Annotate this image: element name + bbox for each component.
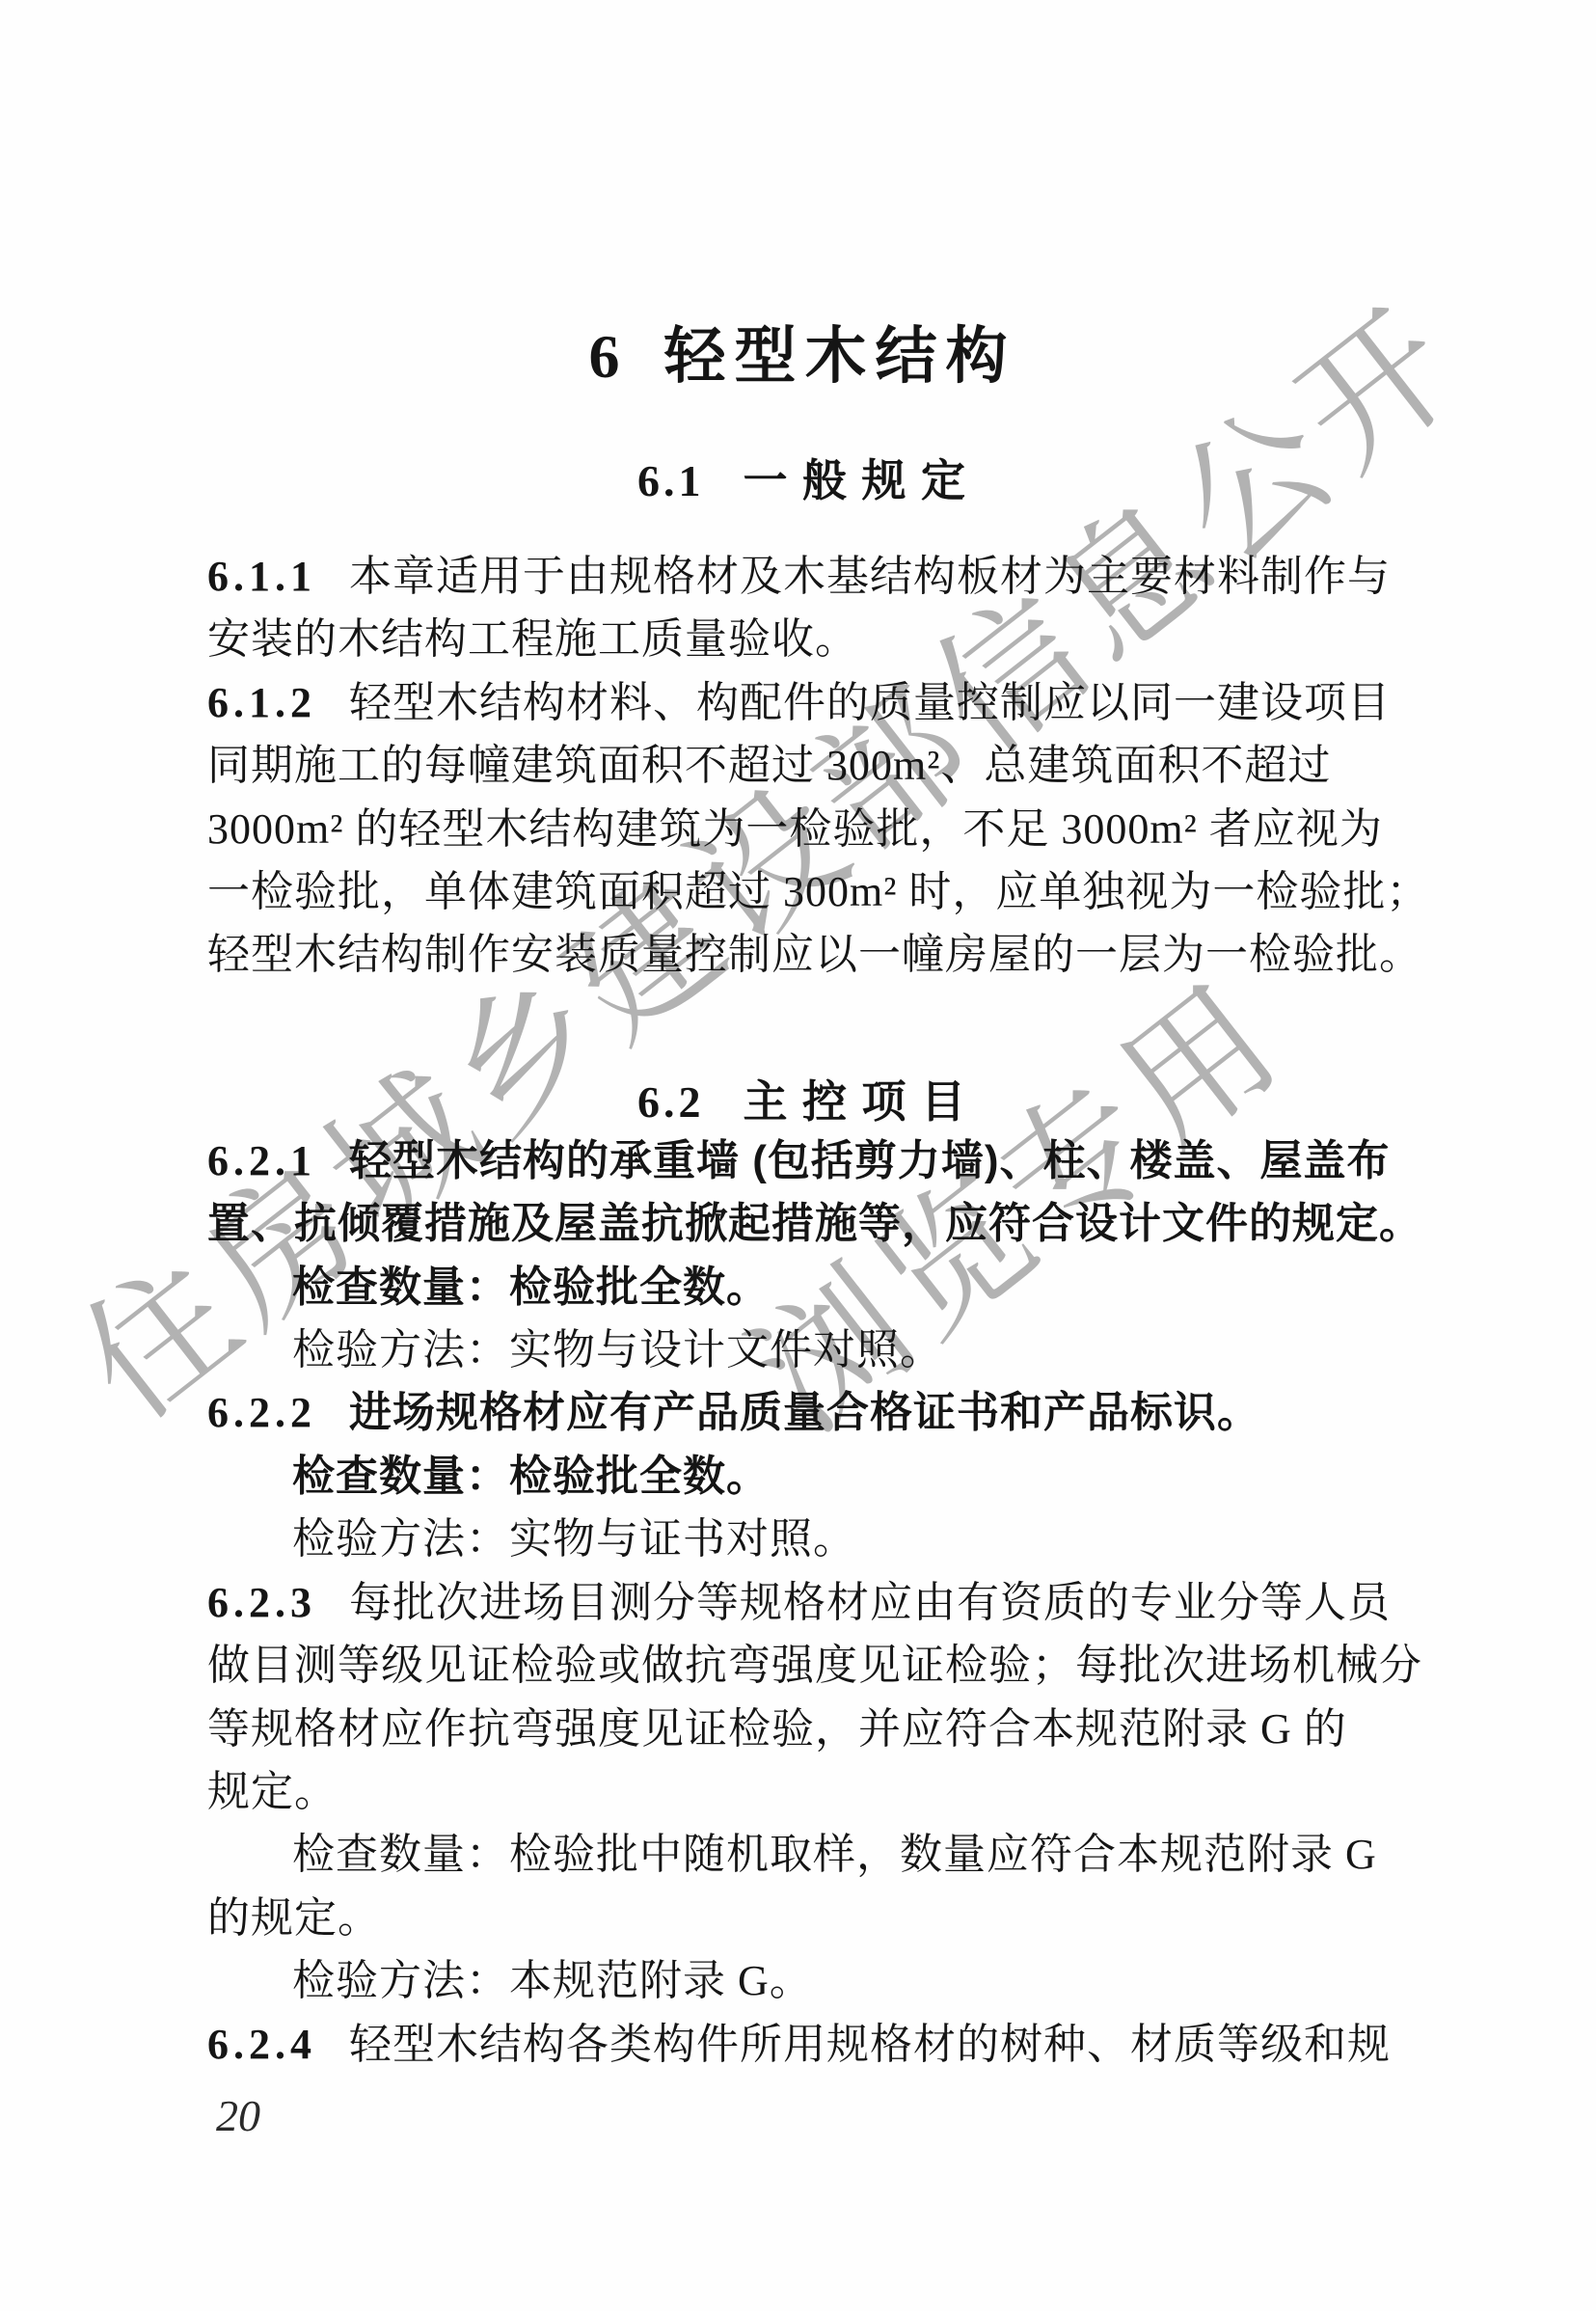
para-text: 规定。 [207, 1768, 338, 1815]
check-quantity-text: 检查数量：检验批全数。 [292, 1264, 770, 1311]
clause-number-6.1.2: 6.1.2 [207, 679, 316, 726]
para-text: 进场规格材应有产品质量合格证书和产品标识。 [349, 1389, 1260, 1436]
document-page: 住房城乡建设部信息公开 浏览专用 6轻型木结构 6.1一 般 规 定 6.1.1… [0, 0, 1596, 2311]
para-6.2.1-check-method: 检验方法：实物与设计文件对照。 [207, 1319, 1463, 1381]
section-number: 6.1 [637, 456, 705, 505]
para-6.2.2-line-1: 6.2.2进场规格材应有产品质量合格证书和产品标识。 [207, 1381, 1463, 1444]
check-method-text: 检验方法：实物与证书对照。 [292, 1515, 856, 1563]
page-number: 20 [216, 2089, 260, 2143]
para-6.2.2-check-quantity: 检查数量：检验批全数。 [207, 1445, 1463, 1508]
section-6.1-body: 6.1.1本章适用于由规格材及木基结构板材为主要材料制作与 安装的木结构工程施工… [207, 545, 1463, 987]
para-6.2.4-line-1: 6.2.4轻型木结构各类构件所用规格材的树种、材质等级和规 [207, 2013, 1463, 2076]
para-6.2.3-check-method: 检验方法：本规范附录 G。 [207, 1949, 1463, 2012]
para-text: 轻型木结构各类构件所用规格材的树种、材质等级和规 [349, 2021, 1391, 2068]
para-6.2.3-check-quantity-line-2: 的规定。 [207, 1887, 1463, 1949]
para-text: 3000m² 的轻型木结构建筑为一检验批，不足 3000m² 者应视为 [207, 805, 1383, 853]
para-6.1.2-line-3: 3000m² 的轻型木结构建筑为一检验批，不足 3000m² 者应视为 [207, 798, 1463, 860]
para-text: 轻型木结构制作安装质量控制应以一幢房屋的一层为一检验批。 [207, 931, 1422, 978]
para-6.2.3-line-4: 规定。 [207, 1760, 1463, 1823]
para-6.1.2-line-1: 6.1.2轻型木结构材料、构配件的质量控制应以同一建设项目 [207, 671, 1463, 734]
section-number: 6.2 [637, 1077, 705, 1127]
para-text: 做目测等级见证检验或做抗弯强度见证检验；每批次进场机械分 [207, 1642, 1422, 1689]
para-text: 一检验批，单体建筑面积超过 300m² 时，应单独视为一检验批； [207, 868, 1429, 915]
para-6.2.2-check-method: 检验方法：实物与证书对照。 [207, 1508, 1463, 1570]
chapter-number: 6 [589, 322, 620, 391]
section-title-text: 主 控 项 目 [744, 1077, 968, 1127]
clause-number-6.2.2: 6.2.2 [207, 1389, 316, 1436]
section-title-text: 一 般 规 定 [744, 456, 968, 505]
para-text: 安装的木结构工程施工质量验收。 [207, 615, 858, 663]
para-6.2.1-line-1: 6.2.1轻型木结构的承重墙 (包括剪力墙)、柱、楼盖、屋盖布 [207, 1129, 1463, 1192]
chapter-title: 6轻型木结构 [207, 318, 1397, 395]
para-text: 轻型木结构的承重墙 (包括剪力墙)、柱、楼盖、屋盖布 [349, 1137, 1391, 1184]
para-6.1.2-line-2: 同期施工的每幢建筑面积不超过 300m²、总建筑面积不超过 [207, 734, 1463, 797]
clause-number-6.2.4: 6.2.4 [207, 2021, 316, 2068]
clause-number-6.2.3: 6.2.3 [207, 1579, 316, 1626]
para-6.1.2-line-4: 一检验批，单体建筑面积超过 300m² 时，应单独视为一检验批； [207, 860, 1463, 923]
check-method-text: 检验方法：实物与设计文件对照。 [292, 1326, 943, 1373]
check-quantity-text: 检查数量：检验批中随机取样，数量应符合本规范附录 G [292, 1831, 1377, 1878]
section-heading-6.1: 6.1一 般 规 定 [207, 454, 1397, 508]
para-text: 本章适用于由规格材及木基结构板材为主要材料制作与 [349, 553, 1391, 600]
para-text: 轻型木结构材料、构配件的质量控制应以同一建设项目 [349, 679, 1391, 726]
para-text: 置、抗倾覆措施及屋盖抗掀起措施等，应符合设计文件的规定。 [207, 1200, 1422, 1247]
para-6.2.3-check-quantity-line-1: 检查数量：检验批中随机取样，数量应符合本规范附录 G [207, 1823, 1463, 1886]
check-quantity-text: 检查数量：检验批全数。 [292, 1453, 770, 1500]
para-6.1.1-line-1: 6.1.1本章适用于由规格材及木基结构板材为主要材料制作与 [207, 545, 1463, 608]
para-6.1.1-line-2: 安装的木结构工程施工质量验收。 [207, 608, 1463, 670]
para-6.2.3-line-3: 等规格材应作抗弯强度见证检验，并应符合本规范附录 G 的 [207, 1698, 1463, 1760]
para-text: 同期施工的每幢建筑面积不超过 300m²、总建筑面积不超过 [207, 742, 1331, 789]
para-text: 每批次进场目测分等规格材应由有资质的专业分等人员 [349, 1579, 1391, 1626]
section-6.2-body: 6.2.1轻型木结构的承重墙 (包括剪力墙)、柱、楼盖、屋盖布 置、抗倾覆措施及… [207, 1129, 1463, 2076]
para-6.1.2-line-5: 轻型木结构制作安装质量控制应以一幢房屋的一层为一检验批。 [207, 923, 1463, 986]
para-text: 等规格材应作抗弯强度见证检验，并应符合本规范附录 G 的 [207, 1705, 1347, 1753]
clause-number-6.1.1: 6.1.1 [207, 553, 316, 600]
para-6.2.1-line-2: 置、抗倾覆措施及屋盖抗掀起措施等，应符合设计文件的规定。 [207, 1192, 1463, 1255]
section-heading-6.2: 6.2主 控 项 目 [207, 1075, 1397, 1129]
clause-number-6.2.1: 6.2.1 [207, 1137, 316, 1184]
check-method-text: 检验方法：本规范附录 G。 [292, 1957, 813, 2004]
check-quantity-text: 的规定。 [207, 1894, 381, 1942]
para-6.2.1-check-quantity: 检查数量：检验批全数。 [207, 1256, 1463, 1319]
chapter-title-text: 轻型木结构 [664, 322, 1016, 391]
document-content: 6轻型木结构 6.1一 般 规 定 6.1.1本章适用于由规格材及木基结构板材为… [207, 0, 1463, 2076]
para-6.2.3-line-2: 做目测等级见证检验或做抗弯强度见证检验；每批次进场机械分 [207, 1634, 1463, 1697]
para-6.2.3-line-1: 6.2.3每批次进场目测分等规格材应由有资质的专业分等人员 [207, 1571, 1463, 1634]
